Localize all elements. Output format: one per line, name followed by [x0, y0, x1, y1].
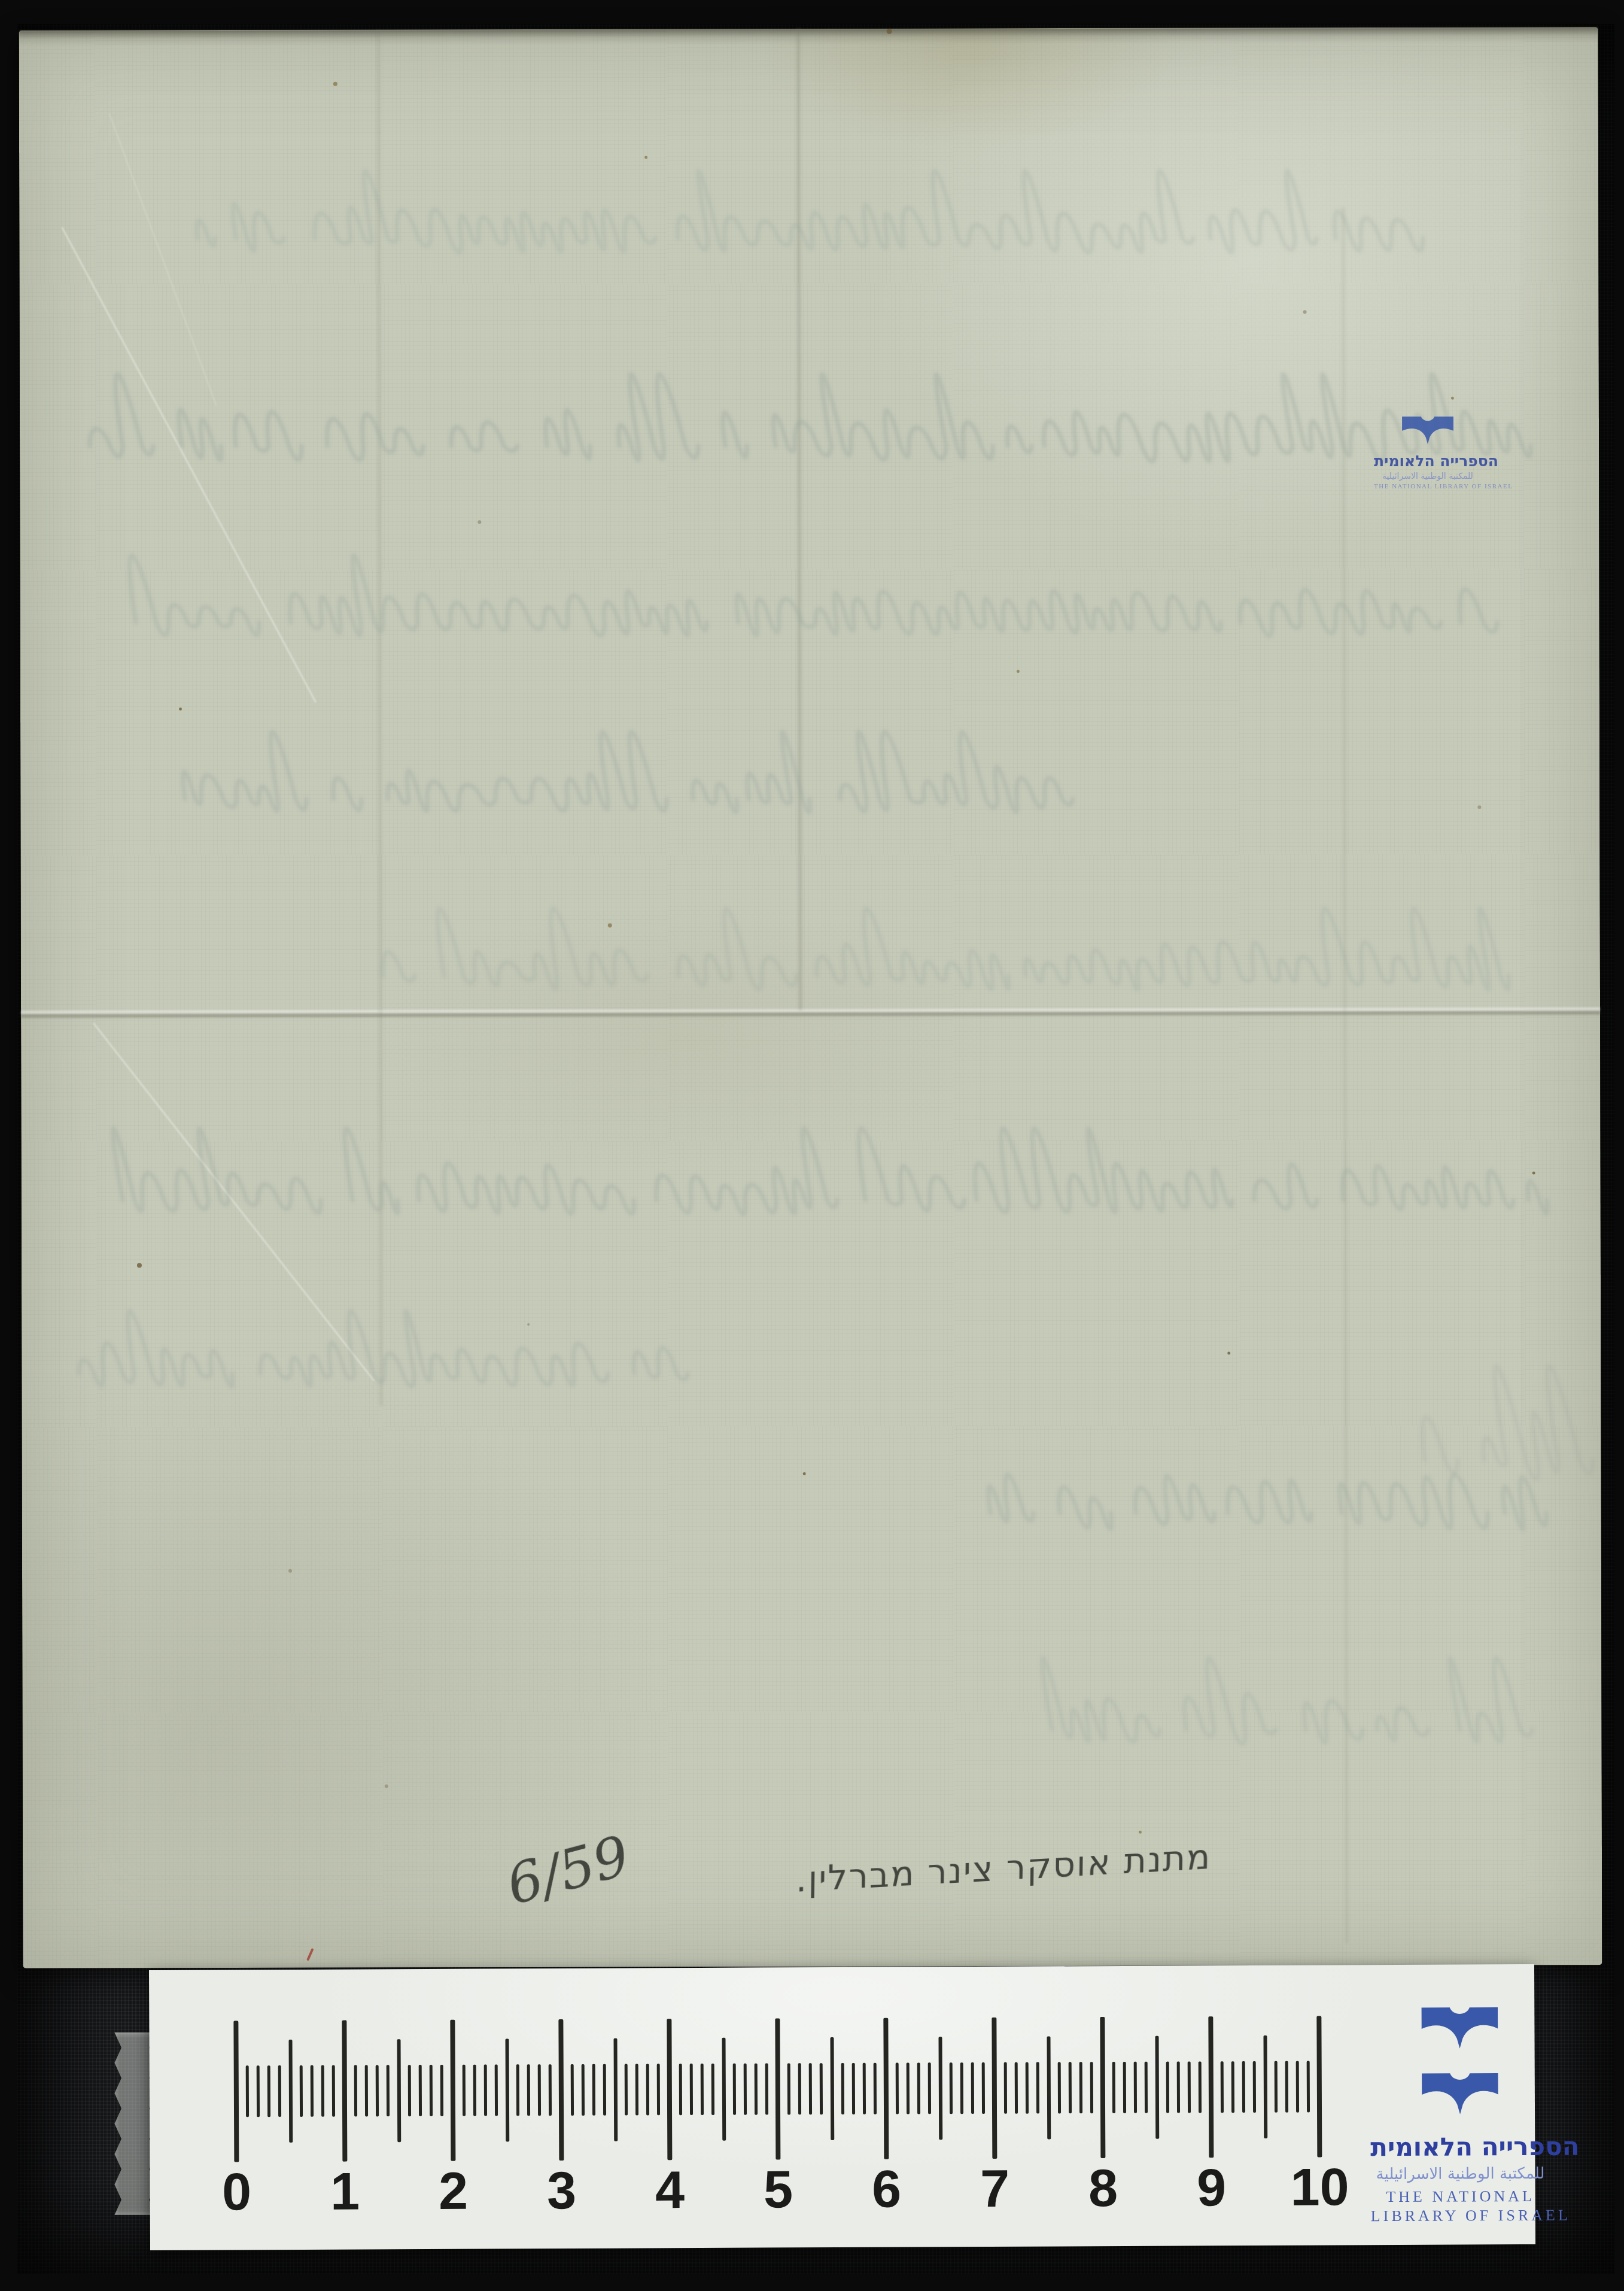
- ruler-tick: [711, 2064, 714, 2115]
- ruler-tick: [450, 2020, 455, 2161]
- ruler-tick: [808, 2063, 811, 2114]
- foxing-spot: [1139, 1831, 1142, 1834]
- ruler-tick: [342, 2020, 347, 2162]
- ruler-tick: [830, 2037, 834, 2140]
- ruler-number: 7: [947, 2158, 1042, 2220]
- nli-logo: הספרייה הלאומית للمكتبة الوطنية الاسرائي…: [1370, 2000, 1550, 2225]
- ruler-tick: [928, 2062, 931, 2114]
- ruler-tick: [1231, 2061, 1234, 2113]
- horizontal-fold-crease: [21, 1007, 1600, 1019]
- ruler-tick: [387, 2065, 390, 2116]
- foxing-spot: [803, 1472, 806, 1475]
- ruler-tick: [1014, 2062, 1017, 2114]
- ruler-tick: [883, 2018, 889, 2159]
- ruler-tick: [440, 2065, 443, 2116]
- ruler-tick: [558, 2019, 564, 2161]
- ruler-tick: [603, 2064, 606, 2116]
- crease-line: [109, 114, 217, 406]
- ruler-tick: [581, 2064, 584, 2116]
- ruler-number: 4: [622, 2159, 717, 2221]
- ruler-tick: [1316, 2016, 1322, 2158]
- ruler-tick: [646, 2064, 649, 2115]
- ruler-tick: [1003, 2062, 1006, 2114]
- vertical-fold-crease: [797, 29, 802, 1010]
- foxing-spot: [644, 156, 647, 159]
- crease-line: [93, 1023, 375, 1382]
- ruler-tick: [733, 2064, 736, 2115]
- foxing-spot: [385, 1784, 388, 1788]
- foxing-spot: [179, 707, 182, 710]
- ruler-tick: [495, 2065, 498, 2116]
- open-book-logo-icon: [1409, 2066, 1511, 2122]
- ruler-tick: [1155, 2036, 1159, 2139]
- ruler-tick: [1100, 2017, 1105, 2158]
- ruler-tick: [820, 2063, 823, 2114]
- ruler-number: 2: [405, 2160, 501, 2222]
- ruler-tick: [332, 2065, 335, 2117]
- ruler-tick: [852, 2063, 855, 2114]
- ruler-tick: [462, 2065, 465, 2116]
- ruler-number: 0: [188, 2161, 284, 2223]
- ruler-tick: [1090, 2062, 1093, 2113]
- ruler-tick: [938, 2037, 942, 2140]
- nli-logo-arabic: للمكتبة الوطنية الاسرائيلية: [1370, 2165, 1550, 2183]
- ruler-number: 8: [1055, 2158, 1151, 2219]
- ruler-tick: [1285, 2061, 1288, 2113]
- ruler-tick: [1166, 2062, 1169, 2113]
- ruler-tick: [689, 2064, 692, 2115]
- nli-logo-english-line1: THE NATIONAL: [1371, 2187, 1550, 2206]
- ruler-tick: [917, 2062, 920, 2114]
- ruler-tick: [635, 2064, 638, 2115]
- scan-photograph: הספרייה הלאומית للمكتبة الوطنية الاسرائي…: [0, 0, 1624, 2291]
- ruler-tick: [408, 2065, 411, 2116]
- crease-line: [61, 227, 317, 703]
- ruler-tick: [798, 2063, 801, 2114]
- ruler-tick: [1242, 2061, 1245, 2113]
- nli-watermark: הספרייה הלאומית للمكتبة الوطنية الاسرائي…: [1374, 412, 1482, 490]
- ruler-tick: [354, 2065, 357, 2117]
- ruler-tick: [755, 2064, 758, 2115]
- watermark-hebrew-label: הספרייה הלאומית: [1374, 452, 1482, 470]
- red-fiber: [306, 1948, 314, 1961]
- foxing-spot: [608, 923, 612, 928]
- ruler-tick: [960, 2062, 963, 2114]
- ruler-tick: [397, 2039, 401, 2142]
- ruler-number: 5: [730, 2159, 826, 2220]
- ruler-tick: [992, 2017, 997, 2159]
- ruler-tick: [1079, 2062, 1082, 2113]
- ruler-tick: [1208, 2016, 1214, 2158]
- ruler-tick: [549, 2064, 552, 2116]
- foxing-spot: [1017, 670, 1020, 673]
- ruler-tick: [722, 2038, 726, 2141]
- ruler-tick: [874, 2063, 877, 2114]
- ruler-tick: [613, 2038, 618, 2141]
- ruler-number: 10: [1272, 2156, 1367, 2218]
- ruler-tick: [505, 2038, 509, 2141]
- ruler-tick: [1275, 2061, 1278, 2113]
- ruler-tick: [278, 2065, 281, 2117]
- ruler-tick: [657, 2064, 660, 2115]
- vertical-fold-crease: [377, 30, 383, 1406]
- ruler-tick: [288, 2040, 293, 2143]
- ruler-tick: [311, 2065, 314, 2117]
- ruler-number: 6: [838, 2158, 934, 2220]
- ruler-tick: [1188, 2061, 1191, 2113]
- ruler-tick: [1145, 2062, 1148, 2113]
- open-book-logo-icon: [1397, 412, 1459, 449]
- ruler-tick: [1253, 2061, 1256, 2113]
- nli-logo-hebrew: הספרייה הלאומית: [1370, 2132, 1550, 2162]
- ruler-tick: [1133, 2062, 1136, 2113]
- foxing-spot: [478, 520, 481, 524]
- open-book-logo-icon: [1409, 2000, 1510, 2056]
- ruler-tick: [1123, 2062, 1126, 2113]
- ruler-tick: [950, 2062, 953, 2114]
- foxing-spot: [887, 29, 892, 34]
- ruler-tick: [1263, 2035, 1267, 2138]
- nli-logo-english-line2: LIBRARY OF ISRAEL: [1371, 2207, 1550, 2225]
- ruler-tick: [679, 2064, 682, 2115]
- ruler-tick: [1220, 2061, 1223, 2113]
- ruler-tick: [233, 2020, 239, 2162]
- ruler-tick: [267, 2065, 270, 2117]
- foxing-spot: [1477, 806, 1481, 809]
- foxing-spot: [288, 1569, 292, 1573]
- ruler-number: 3: [513, 2160, 609, 2222]
- ruler-tick: [1199, 2061, 1202, 2113]
- ruler-tick: [570, 2064, 573, 2116]
- top-fold-crease: [19, 27, 1598, 46]
- ruler-tick: [364, 2065, 367, 2116]
- ruler-tick: [1069, 2062, 1072, 2113]
- ruler-tick: [1112, 2062, 1115, 2113]
- ruler-tick: [625, 2064, 628, 2116]
- ruler-tick: [256, 2065, 259, 2117]
- ruler-tick: [971, 2062, 974, 2114]
- foxing-spot: [1303, 310, 1307, 314]
- ruler-tick: [473, 2065, 476, 2116]
- foxing-spot: [333, 82, 337, 86]
- ruler-tick: [1025, 2062, 1028, 2114]
- foxing-spot: [1532, 1171, 1535, 1174]
- ruler-tick: [1036, 2062, 1039, 2114]
- ruler-tick: [419, 2065, 422, 2116]
- ruler-tick: [863, 2063, 866, 2114]
- ruler-tick: [538, 2064, 541, 2116]
- foxing-spot: [527, 1323, 530, 1326]
- ruler-tick: [245, 2065, 248, 2117]
- ruler-tick: [765, 2064, 768, 2115]
- ruler-tick: [592, 2064, 595, 2116]
- vertical-fold-crease: [1342, 207, 1348, 1943]
- ruler-number: 1: [297, 2161, 393, 2222]
- ruler-tick: [1058, 2062, 1061, 2113]
- ruler-tick: [700, 2064, 703, 2115]
- ruler-tick: [516, 2064, 519, 2116]
- ruler-tick: [775, 2018, 780, 2159]
- ruler-tick: [667, 2019, 672, 2160]
- ruler-tick: [527, 2064, 530, 2116]
- letter-paper: [19, 27, 1602, 1968]
- watermark-arabic-label: للمكتبة الوطنية الاسرائيلية: [1374, 472, 1482, 481]
- ruler-number: 9: [1163, 2157, 1259, 2219]
- ruler-tick: [1296, 2061, 1299, 2113]
- foxing-spot: [1227, 1352, 1230, 1355]
- ruler-tick: [375, 2065, 378, 2116]
- ruler-tick: [906, 2063, 909, 2114]
- ruler-tick: [321, 2065, 324, 2117]
- ruler-tick: [1177, 2062, 1180, 2113]
- ruler-tick: [300, 2065, 303, 2117]
- ruler-tick: [744, 2064, 747, 2115]
- ruler-tick: [1047, 2036, 1051, 2139]
- watermark-english-label: THE NATIONAL LIBRARY OF ISRAEL: [1374, 483, 1482, 490]
- ruler-tick: [895, 2063, 898, 2114]
- ruler-tick: [841, 2063, 844, 2114]
- measuring-ruler: 012345678910 הספרייה הלאומית للمكتبة الو…: [149, 1964, 1535, 2250]
- ruler-tick: [430, 2065, 433, 2116]
- ruler-tick: [982, 2062, 985, 2114]
- ruler-tick: [787, 2063, 790, 2114]
- ruler-tick: [483, 2065, 486, 2116]
- ruler-tick: [1307, 2061, 1310, 2113]
- foxing-spot: [137, 1263, 142, 1268]
- foxing-spot: [1451, 397, 1454, 400]
